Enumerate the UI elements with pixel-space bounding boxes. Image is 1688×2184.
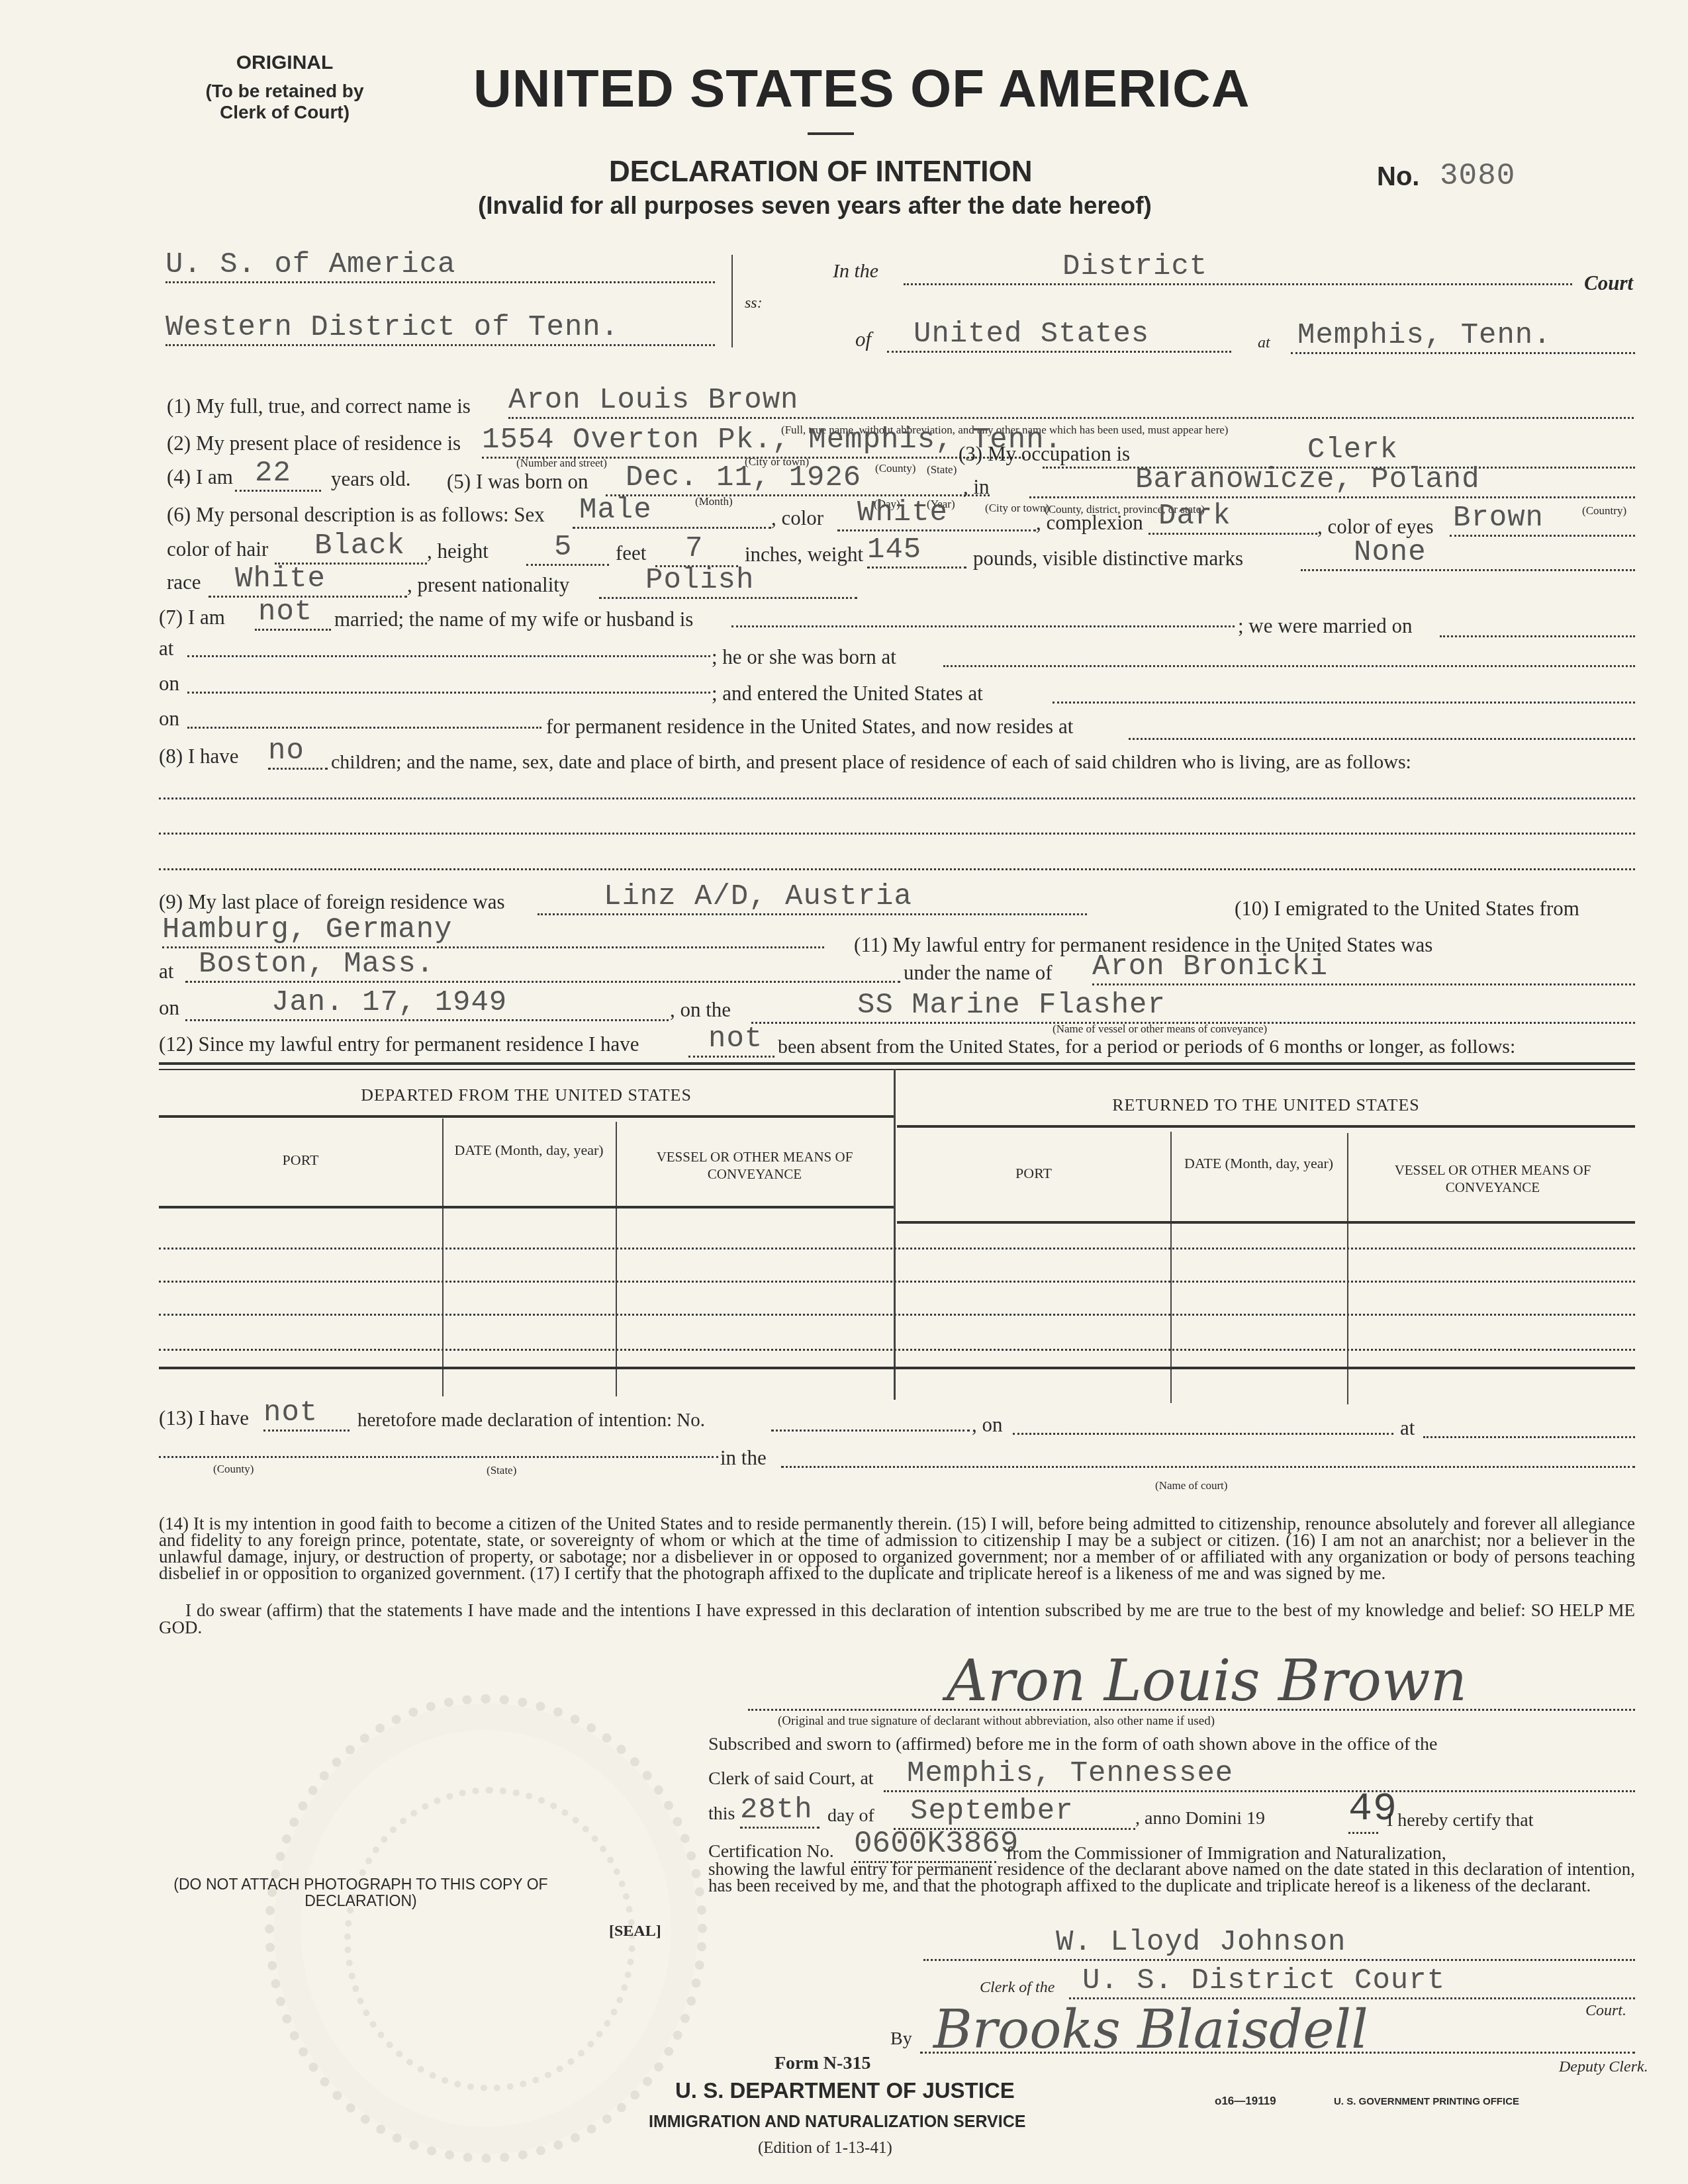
q5-label: (5) I was born on [447,470,588,494]
clerk-of-label: Clerk of the [980,1979,1055,1997]
prior-declaration-number-field[interactable] [771,1430,970,1432]
height-inches-field: 7 [655,532,738,567]
dep-port-header: PORT [159,1152,442,1169]
ret-header-bottom-rule [897,1221,1635,1224]
number-label: No. [1377,162,1419,192]
entry-at-label: at [159,960,173,983]
married-status-field: not [255,596,331,631]
ss-label: ss: [745,295,763,312]
spouse-entry-on-label: on [159,707,179,731]
spouse-name-field[interactable] [731,625,1235,627]
residence-city: Memphis, [808,424,953,457]
dep-date-header: DATE (Month, day, year) [442,1142,616,1159]
q4-label: (4) I am [167,465,233,489]
jurat-year-field: 49 [1348,1787,1378,1834]
venue-district: Western District of Tenn. [165,311,715,346]
q8-label: (8) I have [159,745,239,768]
table-row[interactable] [159,1281,1635,1283]
height-feet-field: 5 [526,531,609,566]
declarant-signature-caption: (Original and true signature of declaran… [778,1714,1215,1729]
oath-swear: I do swear (affirm) that the statements … [159,1602,1635,1636]
children-count-field: no [268,735,328,770]
service: IMMIGRATION AND NATURALIZATION SERVICE [649,2113,1025,2132]
residence-field: 1554 Overton Pk., Memphis, Tenn. [482,424,1025,459]
children-line-2[interactable] [159,833,1635,835]
color-field: White [837,496,1036,531]
cert-number-field: 0600K3869 [854,1827,996,1863]
court-type: District [904,250,1572,285]
perm-res-label: for permanent residence in the United St… [546,715,1073,739]
entry-name-field: Aron Bronicki [1092,950,1635,985]
print-code: o16—19119 [1215,2095,1276,2108]
spouse-born-on-label: on [159,672,179,696]
ret-port-header: PORT [897,1165,1170,1182]
caption-county-13: (County) [213,1463,254,1476]
prior-at-label: at [1400,1416,1415,1440]
validity-note: (Invalid for all purposes seven years af… [478,192,1152,220]
photo-note: (DO NOT ATTACH PHOTOGRAPH TO THIS COPY O… [162,1876,559,1909]
clerk-court-field: U. S. District Court [1069,1964,1635,1999]
ret-vessel-header: VESSEL OR OTHER MEANS OF CONVEYANCE [1350,1161,1635,1196]
edition: (Edition of 1-13-41) [758,2139,892,2158]
deputy-clerk-label: Deputy Clerk. [1559,2058,1648,2076]
pounds-label: pounds, visible distinctive marks [973,547,1243,570]
original-note-line-2: Clerk of Court) [165,102,404,123]
q13-label: (13) I have [159,1406,249,1430]
certify-label: I hereby certify that [1387,1810,1534,1831]
q7-label: (7) I am [159,606,225,629]
feet-label: feet [616,541,646,565]
marriage-at-label: at [159,637,173,660]
children-line-3[interactable] [159,868,1635,870]
venue-country: U. S. of America [165,248,715,283]
spouse-residence-field[interactable] [1129,738,1635,740]
jurat-location-field: Memphis, Tennessee [884,1757,1635,1792]
clerk-court-suffix: Court. [1585,2002,1626,2020]
q2-label: (2) My present place of residence is [167,432,461,455]
embossed-seal-inner [344,1787,635,2091]
q12-text: been absent from the United States, for … [778,1036,1515,1058]
sex-field: Male [573,494,771,529]
hair-field: Black [275,529,427,565]
table-top-rule [159,1062,1635,1065]
birth-date-field: Dec. 11, 1926 [606,461,990,496]
departed-header: DEPARTED FROM THE UNITED STATES [159,1085,894,1105]
returned-subheader-rule [897,1125,1635,1128]
entry-port-field: Boston, Mass. [185,948,900,983]
q6-label: (6) My personal description is as follow… [167,503,545,527]
entry-date-field: Jan. 17, 1949 [185,986,669,1021]
in-the-label: In the [833,260,878,283]
prior-on-label: , on [972,1413,1003,1437]
caption-name-of-court: (Name of court) [1155,1479,1228,1492]
declaration-number: 3080 [1440,159,1515,193]
clerk-name-field: W. Lloyd Johnson [923,1926,1635,1961]
vessel-field: SS Marine Flasher [751,989,1635,1024]
jurat-month-field: September [894,1795,1135,1830]
ret-col-divider-2 [1347,1133,1348,1404]
caption-state-13: (State) [487,1464,516,1477]
absent-status-field: not [688,1023,774,1058]
eyes-label: , color of eyes [1317,515,1434,539]
q4-suffix: years old. [331,467,411,491]
spouse-birth-date-field[interactable] [187,692,710,694]
weight-field: 145 [867,533,966,569]
spouse-entry-place-field[interactable] [1053,702,1635,704]
document-subtitle: DECLARATION OF INTENTION [609,156,1033,189]
seal-label: [SEAL] [609,1923,661,1940]
under-name-label: under the name of [904,961,1053,985]
q10-label: (10) I emigrated to the United States fr… [1235,897,1579,921]
table-row[interactable] [159,1248,1635,1250]
q8-text: children; and the name, sex, date and pl… [331,751,1411,774]
original-note: (To be retained by Clerk of Court) [165,81,404,123]
anno-label: , anno Domini 19 [1135,1808,1265,1829]
jurat-line-1: Subscribed and sworn to (affirmed) befor… [708,1734,1438,1755]
prior-court-name-field[interactable] [781,1466,1635,1468]
married-on-label: ; we were married on [1238,614,1412,638]
race-label: race [167,570,201,594]
last-foreign-residence-field: Linz A/D, Austria [538,880,1087,915]
caption-number-street: (Number and street) [516,457,607,470]
caption-vessel: (Name of vessel or other means of convey… [1053,1023,1267,1036]
prior-declaration-status-field: not [263,1396,350,1432]
table-row[interactable] [159,1314,1635,1316]
inches-label: inches, weight [745,543,863,567]
marks-field: None [1301,536,1635,571]
table-top-rule-2 [159,1069,1635,1070]
court-of: United States [887,318,1231,353]
original-note-line-1: (To be retained by [165,81,404,102]
prior-in-the-label: in the [720,1446,767,1470]
declarant-signature: Aron Louis Brown [947,1648,1467,1714]
ret-date-header: DATE (Month, day, year) [1170,1155,1347,1172]
declarant-signature-line [748,1709,1635,1711]
court-at: Memphis, Tenn. [1291,319,1635,354]
residence-street: 1554 Overton Pk., [482,424,790,457]
complexion-field: Dark [1149,500,1317,535]
emigrated-from-field: Hamburg, Germany [162,913,824,948]
dep-col-divider-2 [616,1122,617,1396]
oath-text: (14) It is my intention in good faith to… [159,1516,1635,1582]
prior-declaration-place-field[interactable] [1423,1436,1635,1438]
venue-brace [731,255,733,347]
complexion-label: , complexion [1036,511,1143,535]
race-field: White [209,563,407,598]
on-the-label: , on the [670,998,731,1022]
entry-on-label: on [159,996,179,1020]
table-row[interactable] [159,1349,1635,1351]
dep-header-bottom-rule [159,1206,894,1208]
color-label: , color [771,506,823,530]
of-label: of [855,328,871,351]
children-line-1[interactable] [159,797,1635,799]
marriage-date-field[interactable] [1440,635,1635,637]
clerk-at-label: Clerk of said Court, at [708,1768,874,1790]
q13-text: heretofore made declaration of intention… [357,1410,705,1432]
court-suffix: Court [1584,271,1633,295]
q7-text: married; the name of my wife or husband … [334,608,693,631]
day-of-label: day of [827,1805,874,1827]
spouse-born-at-label: ; he or she was born at [712,645,896,669]
q12-label: (12) Since my lawful entry for permanent… [159,1032,639,1056]
eyes-field: Brown [1450,502,1635,537]
birth-place-field: Baranowicze, Poland [1029,463,1635,498]
prior-declaration-date-field[interactable] [1013,1433,1393,1435]
department: U. S. DEPARTMENT OF JUSTICE [675,2078,1015,2103]
spouse-entry-date-field[interactable] [187,727,541,729]
by-label: By [890,2028,912,2050]
q1-label: (1) My full, true, and correct name is [167,394,471,418]
returned-header: RETURNED TO THE UNITED STATES [897,1095,1635,1115]
spouse-birthplace-field[interactable] [943,665,1635,667]
deputy-signature-line [920,2052,1635,2054]
original-label: ORIGINAL [218,52,351,74]
court-at-label: at [1258,334,1270,352]
cert-text-2: showing the lawful entry for permanent r… [708,1861,1635,1894]
title-rule [808,132,854,135]
jurat-day-field: 28th [740,1794,820,1829]
table-bottom-rule [159,1367,1635,1369]
this-label: this [708,1803,735,1825]
marriage-place-field[interactable] [187,655,710,657]
dep-vessel-header: VESSEL OR OTHER MEANS OF CONVEYANCE [622,1148,887,1183]
ret-col-divider-1 [1170,1132,1172,1403]
q9-label: (9) My last place of foreign residence w… [159,890,505,914]
dep-col-divider-1 [442,1118,444,1396]
document-title: UNITED STATES OF AMERICA [473,58,1250,119]
age-field: 22 [235,457,321,492]
hair-label: color of hair [167,537,268,561]
prior-county-state-field[interactable] [159,1456,718,1458]
form-number: Form N-315 [774,2053,870,2074]
in-label: , in [963,475,990,499]
departed-subheader-rule [159,1115,894,1118]
printer: U. S. GOVERNMENT PRINTING OFFICE [1334,2096,1519,2107]
spouse-entered-label: ; and entered the United States at [712,682,983,705]
full-name-field: Aron Louis Brown [508,384,1634,419]
nationality-field: Polish [599,564,857,599]
height-label: , height [427,539,489,563]
nationality-label: , present nationality [407,573,569,597]
